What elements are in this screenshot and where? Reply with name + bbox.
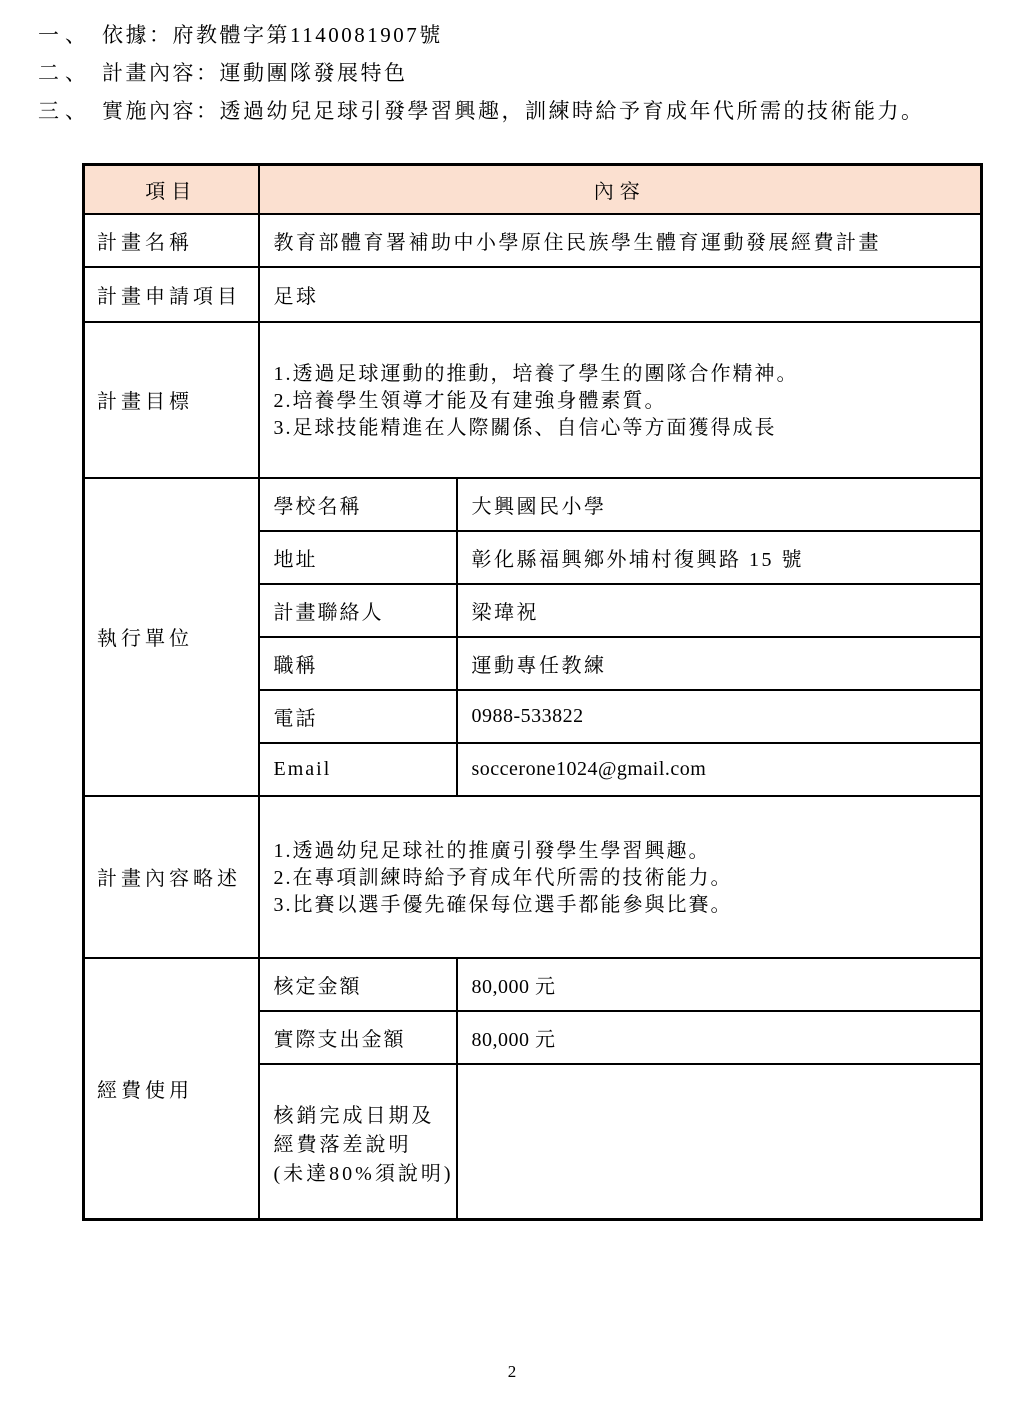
summary-line-2: 2.在專項訓練時給予育成年代所需的技術能力。 <box>274 865 981 892</box>
summary-line-1: 1.透過幼兒足球社的推廣引發學生學習興趣。 <box>274 838 981 865</box>
approved-amount-label: 核定金額 <box>259 958 457 1011</box>
writeoff-note-value <box>457 1064 982 1220</box>
summary-line-3: 3.比賽以選手優先確保每位選手都能參與比賽。 <box>274 892 981 919</box>
page-number: 2 <box>0 1362 1024 1382</box>
intro-line-2: 二、 計畫內容：運動團隊發展特色 <box>38 54 1024 92</box>
budget-row-approved: 經費使用 核定金額 80,000 元 <box>84 958 982 1011</box>
job-title-value: 運動專任教練 <box>457 637 982 690</box>
intro-line-3-number: 三、 <box>38 92 102 130</box>
goals-line-3: 3.足球技能精進在人際關係、自信心等方面獲得成長 <box>274 415 981 442</box>
summary-value: 1.透過幼兒足球社的推廣引發學生學習興趣。 2.在專項訓練時給予育成年代所需的技… <box>259 796 982 958</box>
goals-value: 1.透過足球運動的推動，培養了學生的團隊合作精神。 2.培養學生領導才能及有建強… <box>259 322 982 478</box>
intro-line-3: 三、 實施內容：透過幼兒足球引發學習興趣，訓練時給予育成年代所需的技術能力。 <box>38 92 1024 130</box>
contact-person-label: 計畫聯絡人 <box>259 584 457 637</box>
job-title-label: 職稱 <box>259 637 457 690</box>
header-content-cell: 內容 <box>259 165 982 214</box>
apply-item-value: 足球 <box>259 267 982 322</box>
address-value: 彰化縣福興鄉外埔村復興路 15 號 <box>457 531 982 584</box>
contact-person-value: 梁瑋祝 <box>457 584 982 637</box>
school-name-label: 學校名稱 <box>259 478 457 531</box>
writeoff-note-label: 核銷完成日期及 經費落差說明 (未達80%須說明) <box>259 1064 457 1220</box>
goals-label: 計畫目標 <box>84 322 259 478</box>
intro-line-3-text: 實施內容：透過幼兒足球引發學習興趣，訓練時給予育成年代所需的技術能力。 <box>102 92 925 130</box>
actual-amount-value: 80,000 元 <box>457 1011 982 1064</box>
document-page: 一、 依據：府教體字第1140081907號 二、 計畫內容：運動團隊發展特色 … <box>0 0 1024 1419</box>
phone-label: 電話 <box>259 690 457 743</box>
table-header-row: 項目 內容 <box>84 165 982 214</box>
intro-list: 一、 依據：府教體字第1140081907號 二、 計畫內容：運動團隊發展特色 … <box>38 16 1024 130</box>
apply-item-row: 計畫申請項目 足球 <box>84 267 982 322</box>
header-item-cell: 項目 <box>84 165 259 214</box>
plan-name-value: 教育部體育署補助中小學原住民族學生體育運動發展經費計畫 <box>259 214 982 267</box>
intro-line-1: 一、 依據：府教體字第1140081907號 <box>38 16 1024 54</box>
plan-name-label: 計畫名稱 <box>84 214 259 267</box>
goals-line-2: 2.培養學生領導才能及有建強身體素質。 <box>274 388 981 415</box>
budget-label: 經費使用 <box>84 958 259 1220</box>
exec-unit-row-school: 執行單位 學校名稱 大興國民小學 <box>84 478 982 531</box>
intro-line-1-text: 依據：府教體字第1140081907號 <box>102 16 443 54</box>
goals-line-1: 1.透過足球運動的推動，培養了學生的團隊合作精神。 <box>274 361 981 388</box>
address-label: 地址 <box>259 531 457 584</box>
summary-row: 計畫內容略述 1.透過幼兒足球社的推廣引發學生學習興趣。 2.在專項訓練時給予育… <box>84 796 982 958</box>
approved-amount-value: 80,000 元 <box>457 958 982 1011</box>
actual-amount-label: 實際支出金額 <box>259 1011 457 1064</box>
intro-line-2-text: 計畫內容：運動團隊發展特色 <box>102 54 408 92</box>
school-name-value: 大興國民小學 <box>457 478 982 531</box>
plan-name-row: 計畫名稱 教育部體育署補助中小學原住民族學生體育運動發展經費計畫 <box>84 214 982 267</box>
email-value: soccerone1024@gmail.com <box>457 743 982 796</box>
phone-value: 0988-533822 <box>457 690 982 743</box>
plan-detail-table: 項目 內容 計畫名稱 教育部體育署補助中小學原住民族學生體育運動發展經費計畫 計… <box>82 163 983 1221</box>
intro-line-2-number: 二、 <box>38 54 102 92</box>
apply-item-label: 計畫申請項目 <box>84 267 259 322</box>
intro-line-1-number: 一、 <box>38 16 102 54</box>
summary-label: 計畫內容略述 <box>84 796 259 958</box>
exec-unit-label: 執行單位 <box>84 478 259 796</box>
goals-row: 計畫目標 1.透過足球運動的推動，培養了學生的團隊合作精神。 2.培養學生領導才… <box>84 322 982 478</box>
email-label: Email <box>259 743 457 796</box>
